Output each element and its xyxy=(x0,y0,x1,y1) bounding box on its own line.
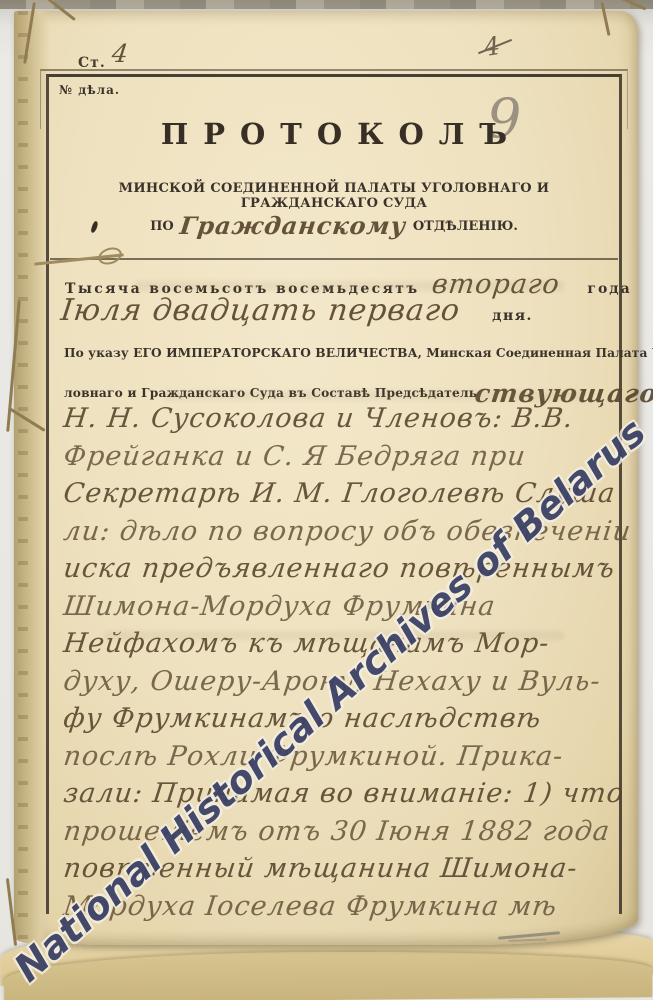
decree-line-1: По указу ЕГО ИМПЕРАТОРСКАГО ВЕЛИЧЕСТВА, … xyxy=(64,346,653,360)
handwritten-line: послѣ Рохли Фрумкиной. Прика- xyxy=(61,741,624,779)
sheet-number-label: Ст. xyxy=(78,55,106,71)
document-title: ПРОТОКОЛЪ xyxy=(49,117,619,151)
handwritten-line: Мордуха Іоселева Фрумкина мѣ xyxy=(61,891,624,929)
ink-bleed-ghost xyxy=(134,281,564,291)
ink-bleed-ghost xyxy=(164,391,584,400)
handwritten-line: Н. Н. Сусоколова и Членовъ: В.В. xyxy=(61,403,624,441)
ink-bleed-ghost xyxy=(104,631,564,640)
department-line: ПО Гражданскому ОТДѢЛЕНІЮ. xyxy=(49,207,619,236)
header-divider-rule xyxy=(50,258,618,260)
book-top-edge xyxy=(0,0,653,9)
day-suffix: дня. xyxy=(492,308,533,324)
handwritten-line: Фрейганка и С. Я Бедряга при xyxy=(61,441,624,479)
archival-scan: Ст.4 4 № дѣла. 9 ПРОТОКОЛЪ МИНСКОЙ СОЕДИ… xyxy=(0,0,653,1000)
year-suffix: года xyxy=(587,281,631,297)
department-handwritten: Гражданскому xyxy=(179,211,409,240)
day-line: Іюля двадцать перваго дня. xyxy=(61,293,533,328)
handwritten-line: иска предъявленнаго повѣреннымъ xyxy=(61,553,624,591)
binding-edge xyxy=(14,11,50,945)
department-prefix: ПО xyxy=(150,219,174,234)
department-suffix: ОТДѢЛЕНІЮ. xyxy=(413,219,518,234)
case-number-label: № дѣла. xyxy=(59,83,120,97)
sheet-number: Ст.4 xyxy=(78,44,129,73)
handwritten-line: зали: Принимая во вниманіе: 1) что xyxy=(61,778,624,816)
sheet-number-value: 4 xyxy=(110,39,130,68)
day-handwritten: Іюля двадцать перваго xyxy=(59,293,462,328)
handwritten-line: Шимона-Мордуха Фрумкина xyxy=(61,591,624,629)
